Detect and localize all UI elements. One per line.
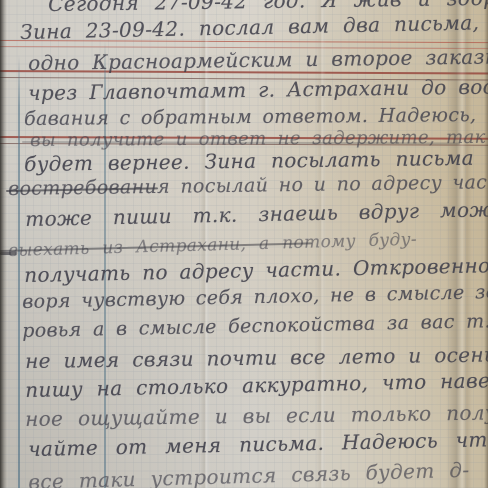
handwriting-line: ное ощущайте и вы если только полу-	[25, 400, 488, 431]
handwriting-line: все таки устроится связь будет д-	[28, 458, 470, 488]
handwriting-line: бавания с обратным ответом. Надеюсь, что	[24, 104, 488, 130]
photo-edge-left	[0, 0, 7, 488]
handwriting-line: одно Красноармейским и второе заказным	[28, 44, 488, 75]
handwriting-line: пишу на столько аккуратно, что навер-	[25, 368, 488, 402]
handwriting-line: чайте от меня письма. Надеюсь что	[28, 427, 488, 461]
handwriting-line: не имея связи почти все лето и осень, а	[25, 342, 488, 373]
margin-line-vertical	[18, 55, 20, 488]
handwriting-line: ровья а в смысле беспокойства за вас т.к…	[22, 310, 488, 342]
handwriting-line: тоже пиши т.к. знаешь вдруг можем	[25, 197, 488, 231]
letter-photograph: Сегодня 27-09-42 год. Я жив и здоров. Зи…	[0, 0, 488, 488]
handwriting-line: востребования посылай но и по адресу час…	[8, 171, 488, 200]
handwriting-line: чрез Главпочтамт г. Астрахани до востре-	[28, 74, 488, 105]
